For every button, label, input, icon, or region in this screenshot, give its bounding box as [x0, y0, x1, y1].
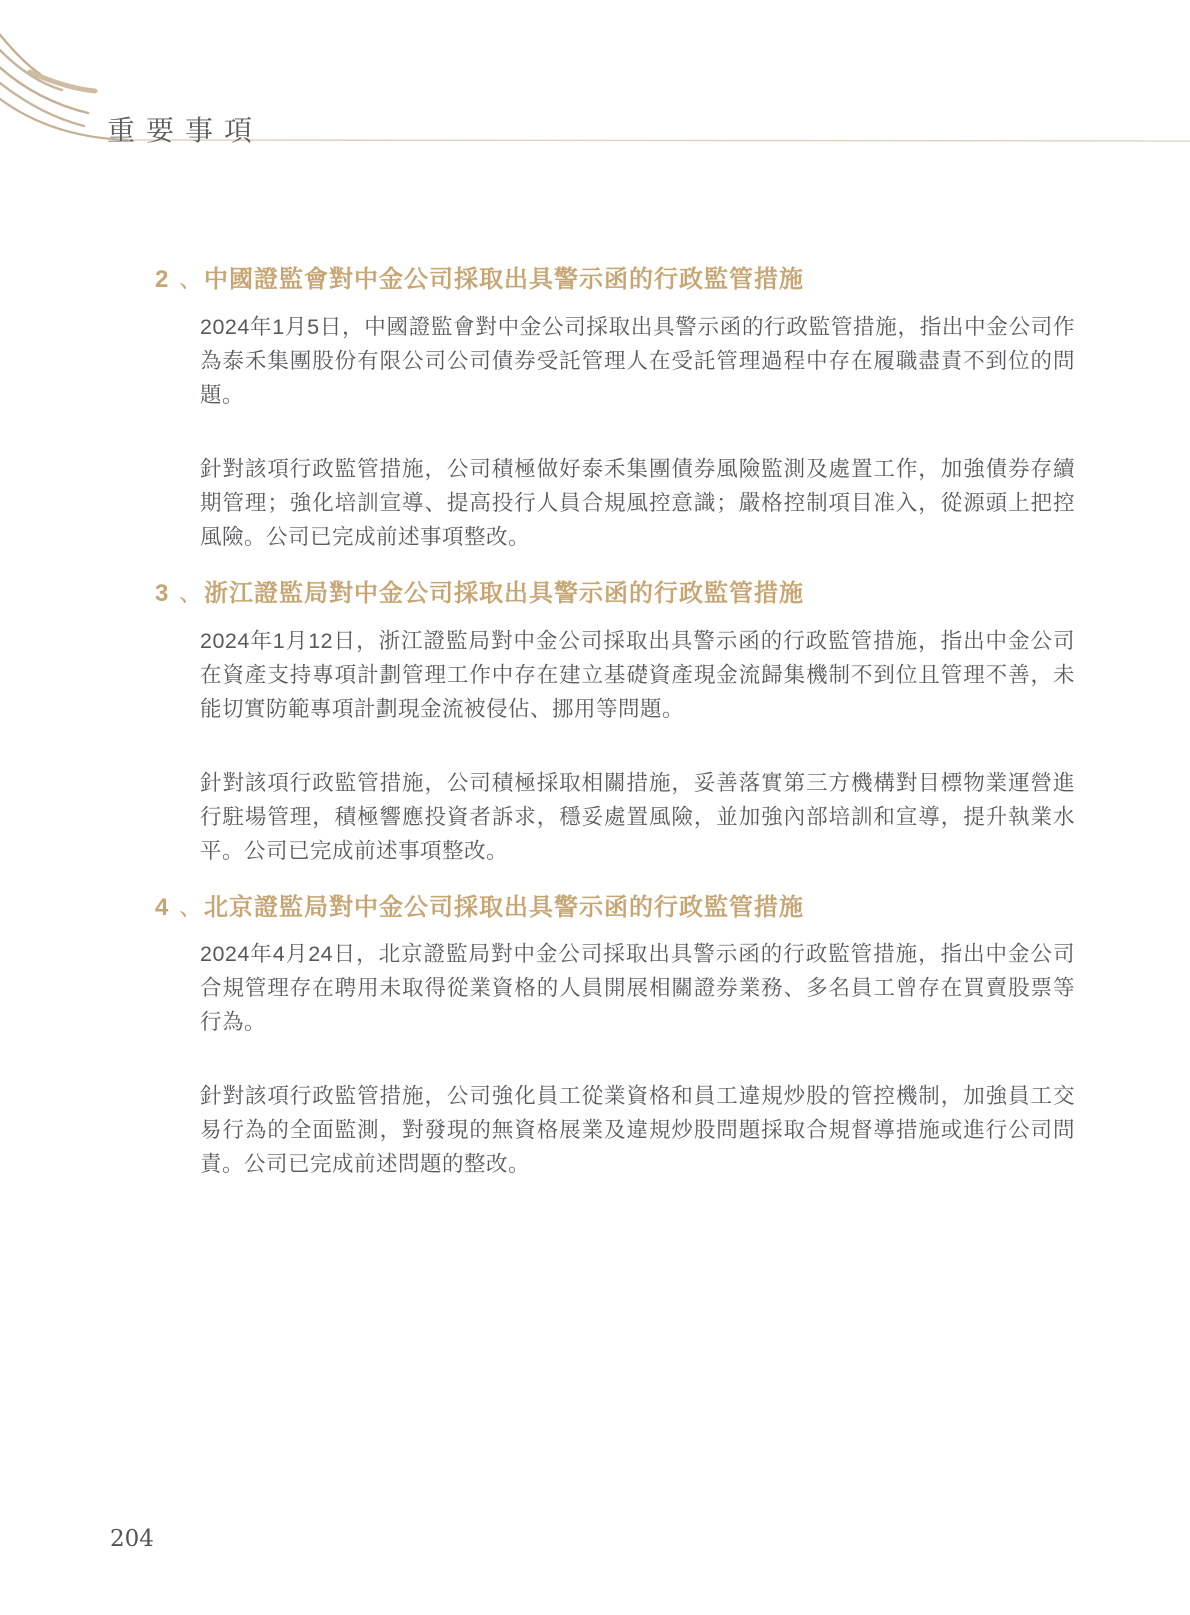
section-paragraph: 2024年1月5日，中國證監會對中金公司採取出具警示函的行政監管措施，指出中金公…	[200, 310, 1075, 412]
section-heading: 2 、 中國證監會對中金公司採取出具警示函的行政監管措施	[155, 266, 1075, 295]
section-heading: 3 、 浙江證監局對中金公司採取出具警示函的行政監管措施	[155, 580, 1075, 609]
content-area: 2 、 中國證監會對中金公司採取出具警示函的行政監管措施 2024年1月5日，中…	[155, 266, 1075, 1207]
section-paragraph: 針對該項行政監管措施，公司強化員工從業資格和員工違規炒股的管控機制，加強員工交易…	[200, 1079, 1075, 1181]
page-number: 204	[110, 1526, 154, 1552]
section-paragraph: 針對該項行政監管措施，公司積極採取相關措施，妥善落實第三方機構對目標物業運營進行…	[200, 766, 1075, 868]
section-heading: 4 、 北京證監局對中金公司採取出具警示函的行政監管措施	[155, 894, 1075, 923]
section-paragraph: 2024年1月12日，浙江證監局對中金公司採取出具警示函的行政監管措施，指出中金…	[200, 624, 1075, 726]
section-beijing-warning: 4 、 北京證監局對中金公司採取出具警示函的行政監管措施 2024年4月24日，…	[155, 894, 1075, 1182]
section-separator: 、	[179, 894, 204, 923]
section-paragraph: 針對該項行政監管措施，公司積極做好泰禾集團債券風險監測及處置工作，加強債券存續期…	[200, 452, 1075, 554]
section-separator: 、	[179, 580, 204, 609]
section-zhejiang-warning: 3 、 浙江證監局對中金公司採取出具警示函的行政監管措施 2024年1月12日，…	[155, 580, 1075, 868]
section-number: 2	[155, 266, 179, 295]
section-title: 浙江證監局對中金公司採取出具警示函的行政監管措施	[204, 580, 804, 609]
section-paragraph: 2024年4月24日，北京證監局對中金公司採取出具警示函的行政監管措施，指出中金…	[200, 937, 1075, 1039]
section-csrc-warning: 2 、 中國證監會對中金公司採取出具警示函的行政監管措施 2024年1月5日，中…	[155, 266, 1075, 554]
section-title: 北京證監局對中金公司採取出具警示函的行政監管措施	[204, 894, 804, 923]
header-rule-line	[128, 140, 1190, 141]
section-number: 4	[155, 894, 179, 923]
page-title: 重要事項	[107, 109, 263, 149]
section-title: 中國證監會對中金公司採取出具警示函的行政監管措施	[204, 266, 804, 295]
section-separator: 、	[179, 266, 204, 295]
section-number: 3	[155, 580, 179, 609]
